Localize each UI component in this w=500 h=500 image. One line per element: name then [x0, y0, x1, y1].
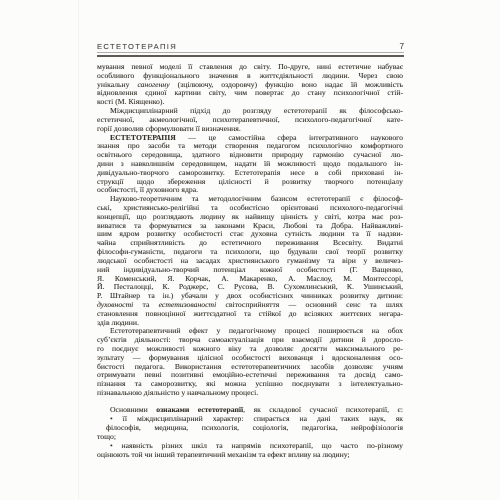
text-segment: виватися та формуватися за законами Крас… — [97, 221, 403, 230]
text-line: пізнавальною діяльністю у навчальному пр… — [97, 389, 403, 398]
text-segment: , як складової сучасної психотерапії, є: — [243, 405, 403, 414]
text-segment: Р. Штайнер та ін.) убачали у двох особис… — [97, 291, 403, 300]
text-segment: концепції, що розглядають людину як найв… — [97, 212, 403, 221]
text-segment: духовності — [97, 300, 133, 309]
header-rule-thin — [97, 52, 404, 53]
text-segment: дини з навколишнім середовищем, надати ї… — [97, 159, 403, 168]
text-segment: кості (М. Кіященко). — [97, 97, 164, 106]
text-segment: відновлення єдиної картини світу, чим по… — [97, 88, 403, 97]
text-segment: ЕСТЕТОТЕРАПІЯ — [110, 133, 176, 142]
text-segment: саногенну — [137, 80, 169, 89]
running-title: ЕСТЕТОТЕРАПІЯ — [97, 42, 177, 51]
text-segment: та — [133, 300, 158, 309]
header-rule-thick — [97, 55, 404, 57]
text-segment: особистості, її духовного ядра. — [97, 185, 198, 194]
text-segment: унікальну — [97, 80, 137, 89]
text-segment: здів людини. — [97, 318, 139, 327]
text-segment: суб’єктів діяльності: творча самоактуалі… — [97, 335, 403, 344]
text-line: філософія, медицина, психологія, соціоло… — [97, 424, 403, 433]
text-segment: чайна сприйнятливість до естетичного пер… — [97, 238, 403, 247]
text-segment: людської особистості на засадах християн… — [97, 256, 403, 265]
text-segment: естетизованості — [159, 300, 217, 309]
page-number: 7 — [399, 42, 404, 51]
text-segment: оцінюють той чи інший терапевтичний меха… — [97, 450, 350, 459]
text-segment: філософія, медицина, психологія, соціоло… — [106, 423, 403, 432]
text-segment: Естетотерапевтичний ефект у педагогічном… — [110, 326, 403, 335]
page-header: ЕСТЕТОТЕРАПІЯ 7 — [97, 39, 404, 51]
text-segment: світосприйняття — основний сенс та шлях — [216, 300, 403, 309]
page-left-edge-shadow — [78, 0, 79, 500]
text-segment: філософи-гуманісти, педагоги та психолог… — [97, 247, 403, 256]
text-segment: струкції щодо збереження цілісності й ро… — [97, 177, 403, 186]
text-segment: зультату — формування цілісної особистос… — [97, 353, 403, 362]
text-segment: ознаками естетотерапії — [156, 405, 243, 414]
text-segment: горії дозволив сформулювати її визначенн… — [97, 124, 241, 133]
text-line: оцінюють той чи інший терапевтичний меха… — [97, 451, 403, 460]
text-segment: естетичної, акмеологічної, психотерапевт… — [97, 115, 403, 124]
text-segment: освітнього середовища, здатного відновит… — [97, 150, 403, 159]
text-segment: Й. Песталоцці, К. Роджерс, С. Русова, В.… — [97, 282, 403, 291]
text-segment: шим ядром розвитку особистості стає духо… — [97, 229, 403, 238]
text-segment: бистості педагога. Використання естетоте… — [97, 362, 403, 371]
text-segment: тощо; — [97, 432, 116, 441]
text-segment: отримувати певні позитивні емоційно-есте… — [97, 370, 403, 379]
text-segment: мування певної моделі її ставлення до св… — [97, 62, 403, 71]
text-segment: Науково-теоретичним та методологічним ба… — [110, 194, 403, 203]
text-segment: ний індивідуально-творчий потенціал кожн… — [97, 265, 403, 274]
text-segment: (зцілюючу, оздоровчу) функцію воно надає… — [170, 80, 403, 89]
text-segment: го поєднує можливості кожного віку та до… — [97, 344, 403, 353]
text-segment: знання про засоби та методи створення пе… — [97, 141, 403, 150]
text-segment: ські, християнсько-релігійні та особисті… — [97, 203, 403, 212]
book-page: ЕСТЕТОТЕРАПІЯ 7 мування певної моделі її… — [0, 0, 500, 500]
text-segment: пізнавальною діяльністю у навчальному пр… — [97, 388, 258, 397]
text-segment: дивідуально-творчого саморозвитку. Естет… — [97, 168, 403, 177]
body-text: мування певної моделі її ставлення до св… — [97, 63, 403, 459]
text-segment: становлення повноцінної життєздатної та … — [97, 309, 403, 318]
text-segment: Основними — [110, 405, 156, 414]
text-segment: • її міждисциплінарний характер: спираєт… — [110, 414, 403, 423]
text-segment: • наявність різних шкіл та напрямів псих… — [110, 441, 403, 450]
text-segment: особливого функціонального значення в жи… — [97, 71, 403, 80]
text-segment: пізнання та саморозвитку, які можна успі… — [97, 379, 403, 388]
text-segment: Міждисциплінарний підхід до розгляду ест… — [110, 106, 403, 115]
text-segment: — це самостійна сфера інтегративного нау… — [176, 133, 403, 142]
text-line: становлення повноцінної життєздатної та … — [97, 310, 403, 319]
